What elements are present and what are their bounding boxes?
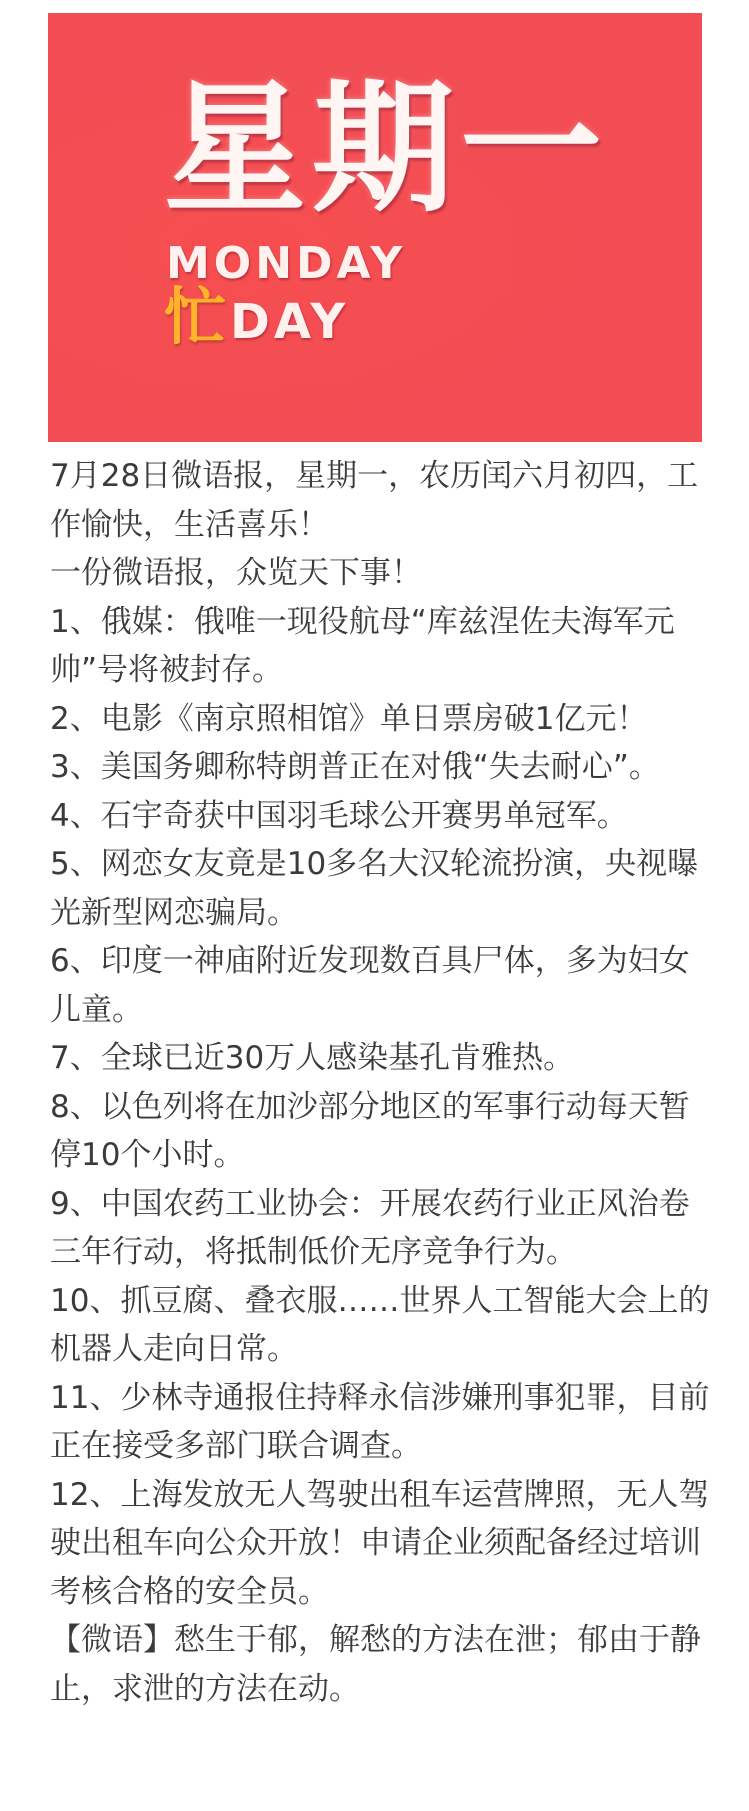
news-item: 11、少林寺通报住持释永信涉嫌刑事犯罪，目前正在接受多部门联合调查。 [50,1374,710,1471]
news-item: 2、电影《南京照相馆》单日票房破1亿元！ [50,695,710,744]
news-item: 4、石宇奇获中国羽毛球公开赛男单冠军。 [50,792,710,841]
banner-busy-day: 忙DAY [164,281,349,369]
news-item: 8、以色列将在加沙部分地区的军事行动每天暂停10个小时。 [50,1083,710,1180]
news-item: 3、美国务卿称特朗普正在对俄“失去耐心”。 [50,743,710,792]
article-tagline: 一份微语报，众览天下事！ [50,549,710,598]
news-item: 5、网恋女友竟是10多名大汉轮流扮演，央视曝光新型网恋骗局。 [50,840,710,937]
news-item: 6、印度一神庙附近发现数百具尸体，多为妇女儿童。 [50,937,710,1034]
news-article: 7月28日微语报，星期一，农历闰六月初四，工作愉快，生活喜乐！ 一份微语报，众览… [50,452,710,1713]
banner-title-chinese: 星期一 [164,75,608,225]
news-item: 1、俄媒：俄唯一现役航母“库兹涅佐夫海军元帅”号将被封存。 [50,598,710,695]
news-item: 7、全球已近30万人感染基孔肯雅热。 [50,1034,710,1083]
news-item: 12、上海发放无人驾驶出租车运营牌照，无人驾驶出租车向公众开放！申请企业须配备经… [50,1471,710,1617]
news-item: 10、抓豆腐、叠衣服……世界人工智能大会上的机器人走向日常。 [50,1277,710,1374]
banner-day-text: DAY [230,294,349,350]
daily-quote: 【微语】愁生于郁，解愁的方法在泄；郁由于静止，求泄的方法在动。 [50,1616,710,1713]
article-intro: 7月28日微语报，星期一，农历闰六月初四，工作愉快，生活喜乐！ [50,452,710,549]
monday-banner-image: 星期一 MONDAY 忙DAY [48,13,702,442]
banner-busy-char: 忙 [164,280,226,353]
news-item: 9、中国农药工业协会：开展农药行业正风治卷三年行动，将抵制低价无序竞争行为。 [50,1180,710,1277]
